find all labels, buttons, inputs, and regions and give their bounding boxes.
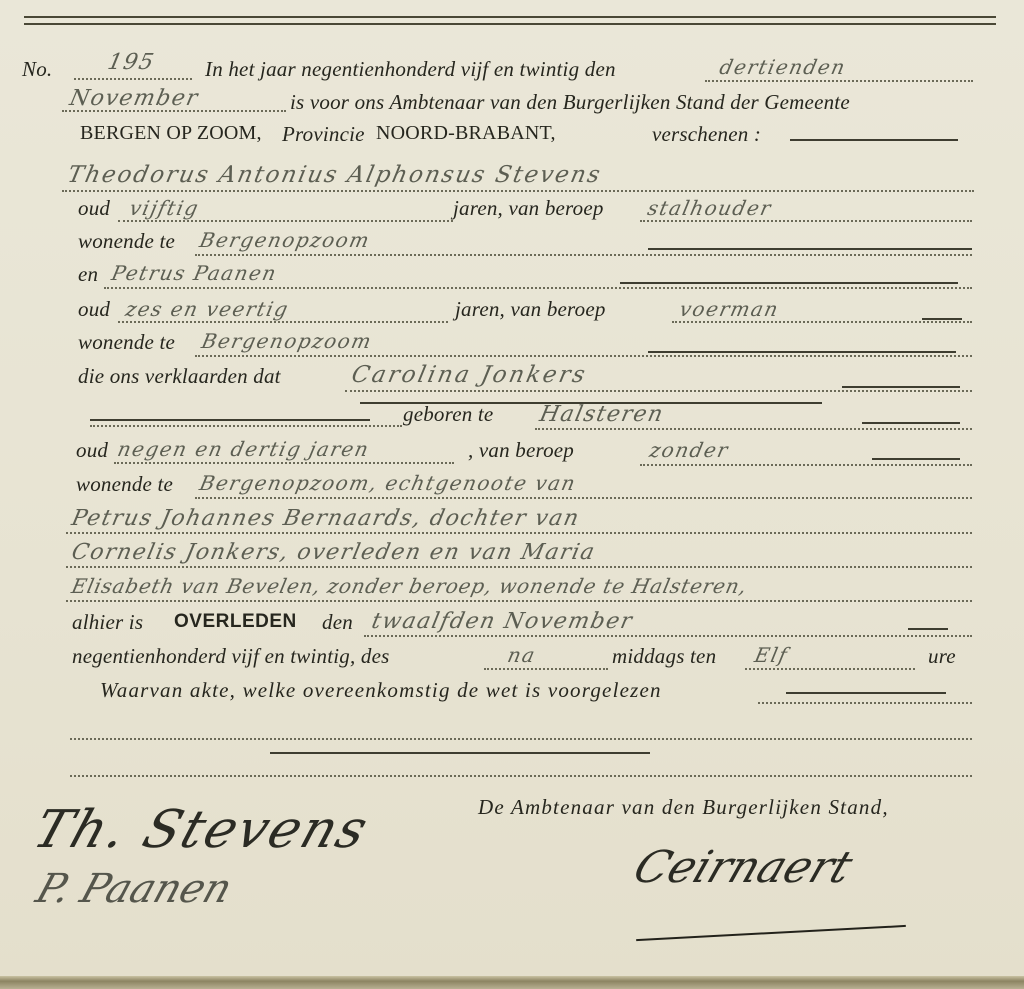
witness2-age-label: oud (78, 297, 110, 322)
part-of-day-line (484, 668, 608, 670)
witness2-age-line (118, 321, 448, 323)
middag-label: middags ten (612, 644, 716, 669)
closing-text: Waarvan akte, welke overeenkomstig de we… (100, 678, 662, 703)
mother-text: Elisabeth van Bevelen, zonder beroep, wo… (69, 574, 749, 598)
continuation-line-2 (66, 566, 972, 568)
filler-dash (872, 458, 960, 460)
filler-dash (270, 752, 650, 754)
part-of-day: na (505, 643, 538, 667)
province-label: Provincie (282, 122, 365, 147)
father-text: Cornelis Jonkers, overleden en van Maria (69, 540, 598, 565)
certificate-number: 195 (105, 50, 157, 75)
province: NOORD-BRABANT, (376, 122, 556, 145)
witness2-years-label: jaren, van beroep (455, 297, 606, 322)
witness2-signature: P. Paanen (31, 866, 238, 912)
intro-text-2: is voor ons Ambtenaar van den Burgerlijk… (290, 90, 850, 115)
filler-dash (862, 422, 960, 424)
blank-line (70, 738, 972, 740)
filler-dash (922, 318, 962, 320)
day-field-line (705, 80, 973, 82)
official-label: De Ambtenaar van den Burgerlijken Stand, (478, 795, 889, 820)
filler-dash (790, 139, 958, 141)
official-signature-underline (636, 925, 906, 941)
continuation-line-3 (66, 600, 972, 602)
deceased-residence-label: wonende te (76, 472, 173, 497)
top-rule-1 (24, 16, 996, 18)
top-rule-2 (24, 23, 996, 25)
witness1-residence-line (195, 254, 972, 256)
deceased-residence-line (195, 497, 972, 499)
witness2-age: zes en veertig (123, 297, 291, 321)
official-signature: Ceirnaert (627, 842, 860, 893)
deceased-name-line (345, 390, 972, 392)
deceased-residence: Bergenopzoom, echtgenoote van (197, 471, 578, 495)
hour-line (745, 668, 915, 670)
filler-dash (648, 248, 972, 250)
filler-dash (620, 282, 958, 284)
died-den: den (322, 610, 353, 635)
birth-line-prefix (90, 425, 402, 427)
witness1-residence-label: wonende te (78, 229, 175, 254)
deceased-age-label: oud (76, 438, 108, 463)
witness1-age-line (118, 220, 453, 222)
witness2-residence-label: wonende te (78, 330, 175, 355)
continuation-line-1 (66, 532, 972, 534)
died-prefix: alhier is (72, 610, 143, 635)
death-date-line (364, 635, 972, 637)
certificate-page: No. 195 In het jaar negentienhonderd vij… (0, 0, 1024, 989)
witness1-age-label: oud (78, 196, 110, 221)
filler-dash (908, 628, 948, 630)
spouse-and-father-text: Petrus Johannes Bernaards, dochter van (69, 506, 582, 531)
municipality: BERGEN OP ZOOM, (80, 122, 262, 145)
witness1-residence: Bergenopzoom (197, 228, 372, 252)
year-text: negentienhonderd vijf en twintig, des (72, 644, 389, 669)
witness1-name-line (62, 190, 974, 192)
witness2-residence: Bergenopzoom (199, 329, 374, 353)
witness2-occupation: voerman (677, 297, 781, 321)
closing-line (758, 702, 972, 704)
deceased-name: Carolina Jonkers (349, 362, 589, 388)
witness1-occupation-line (640, 220, 972, 222)
witness2-name: Petrus Paanen (109, 261, 279, 285)
filler-dash (786, 692, 946, 694)
day-value: dertienden (717, 55, 848, 79)
witness1-occupation: stalhouder (645, 196, 774, 220)
witness2-residence-line (195, 355, 972, 357)
birthplace-line (535, 428, 972, 430)
hour: Elf (752, 643, 790, 667)
deceased-occupation-label: , van beroep (468, 438, 574, 463)
witness2-occupation-line (672, 321, 972, 323)
deceased-age: negen en dertig jaren (115, 437, 371, 461)
witness1-name: Theodorus Antonius Alphonsus Stevens (65, 162, 604, 188)
witness2-name-line (104, 287, 972, 289)
born-label: geboren te (403, 402, 493, 427)
filler-dash (842, 386, 960, 388)
page-bottom-edge (0, 976, 1024, 989)
number-label: No. (22, 57, 52, 82)
witness1-age: vijftig (127, 196, 201, 220)
declared-label: die ons verklaarden dat (78, 364, 281, 389)
hour-suffix: ure (928, 644, 956, 669)
deceased-age-line (114, 462, 454, 464)
appeared-label: verschenen : (652, 122, 761, 147)
filler-dash (648, 351, 956, 353)
filler-dash (90, 419, 370, 421)
witness1-signature: Th. Stevens (26, 800, 376, 860)
deceased-occupation-line (640, 464, 972, 466)
intro-text: In het jaar negentienhonderd vijf en twi… (205, 57, 616, 82)
number-field-line (74, 78, 192, 80)
witness2-and-label: en (78, 262, 98, 287)
blank-line-2 (70, 775, 972, 777)
birthplace: Halsteren (537, 402, 666, 427)
death-date: twaalfden November (369, 609, 635, 634)
died-label: OVERLEDEN (174, 611, 297, 633)
deceased-occupation: zonder (647, 438, 731, 462)
witness1-years-label: jaren, van beroep (453, 196, 604, 221)
month-value: November (67, 86, 201, 111)
